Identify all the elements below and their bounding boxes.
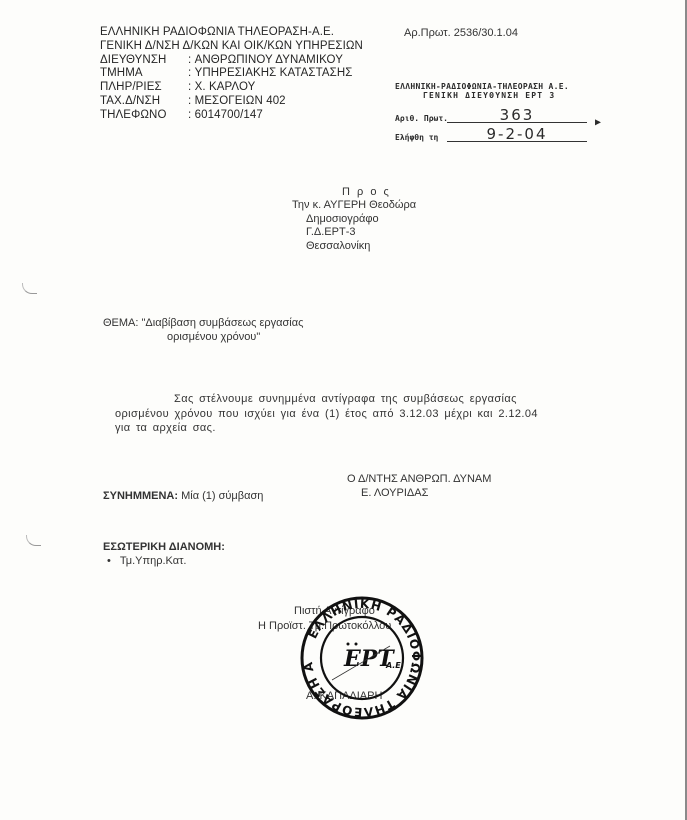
division-name: ΓΕΝΙΚΗ Δ/ΝΣΗ Δ/ΚΩΝ ΚΑΙ ΟΙΚ/ΚΩΝ ΥΠΗΡΕΣΙΩΝ [100, 40, 363, 54]
official-seal: ΕΛΛΗΝΙΚΗ ΡΑΔΙΟΦΩΝΙΑ ΤΗΛΕΟΡΑΣΗ Α.Ε. • ΕΡΤ… [300, 596, 424, 720]
distribution-heading: ΕΣΩΤΕΡΙΚΗ ΔΙΑΝΟΜΗ: [103, 540, 225, 554]
attachments-label: ΣΥΝΗΜΜΕΝΑ: [103, 490, 178, 502]
attachments-value: Μία (1) σύμβαση [181, 490, 263, 502]
recipient-heading: Π ρ ο ς [292, 186, 416, 199]
organization-name: ΕΛΛΗΝΙΚΗ ΡΑΔΙΟΦΩΝΙΑ ΤΗΛΕΟΡΑΣΗ-Α.Ε. [100, 26, 363, 40]
recipient-unit: Γ.Δ.ΕΡΤ-3 [292, 226, 416, 239]
subject-line-2: ορισμένου χρόνου" [103, 330, 303, 344]
body-line-2: ορισμένου χρόνου που ισχύει για ένα (1) … [115, 407, 538, 422]
header-field-contact: ΠΛΗΡ/ΡΙΕΣ : Χ. ΚΑΡΛΟΥ [100, 81, 363, 95]
scan-edge-line [685, 0, 687, 820]
distribution-item: • Τμ.Υπηρ.Κατ. [103, 554, 225, 568]
receipt-date-value: 9-2-04 [447, 127, 587, 142]
subject-line-1: "Διαβίβαση συμβάσεως εργασίας [142, 317, 304, 329]
recipient-title: Δημοσιογράφο [292, 213, 416, 226]
receipt-date-row: Ελήφθη τη 9-2-04 [395, 127, 587, 142]
internal-distribution: ΕΣΩΤΕΡΙΚΗ ΔΙΑΝΟΜΗ: • Τμ.Υπηρ.Κατ. [103, 540, 225, 568]
letter-body: Σας στέλνουμε συνημμένα αντίγραφα της συ… [115, 392, 538, 436]
bullet-icon: • [107, 555, 111, 567]
subject-block: ΘΕΜΑ: "Διαβίβαση συμβάσεως εργασίας ορισ… [103, 316, 303, 344]
recipient-city: Θεσσαλονίκη [292, 240, 416, 253]
subject-label: ΘΕΜΑ: [103, 317, 138, 329]
signatory-name: Ε. ΛΟΥΡΙΔΑΣ [347, 487, 491, 501]
protocol-number: Αρ.Πρωτ. 2536/30.1.04 [404, 27, 518, 39]
body-line-1: Σας στέλνουμε συνημμένα αντίγραφα της συ… [115, 392, 538, 407]
signature-block: Ο Δ/ΝΤΗΣ ΑΝΘΡΩΠ. ΔΥΝΑΜ Ε. ΛΟΥΡΙΔΑΣ [347, 473, 491, 500]
receipt-stamp-org: ΕΛΛΗΝΙΚΗ-ΡΑΔΙΟΦΩΝΙΑ-ΤΗΛΕΟΡΑΣΗ Α.Ε. [395, 82, 587, 91]
header-field-directorate: ΔΙΕΥΘΥΝΣΗ : ΑΝΘΡΩΠΙΝΟΥ ΔΥΝΑΜΙΚΟΥ [100, 54, 363, 68]
receipt-protocol-value: 363 [447, 108, 587, 123]
header-field-department: ΤΜΗΜΑ : ΥΠΗΡΕΣΙΑΚΗΣ ΚΑΤΑΣΤΑΣΗΣ [100, 67, 363, 81]
punch-hole-mark [26, 535, 41, 546]
letterhead: ΕΛΛΗΝΙΚΗ ΡΑΔΙΟΦΩΝΙΑ ΤΗΛΕΟΡΑΣΗ-Α.Ε. ΓΕΝΙΚ… [100, 26, 363, 123]
body-line-3: για τα αρχεία σας. [115, 421, 538, 436]
svg-text:Α.Ε.: Α.Ε. [385, 661, 404, 670]
punch-hole-mark [22, 283, 37, 294]
header-field-address: ΤΑΧ.Δ/ΝΣΗ : ΜΕΣΟΓΕΙΩΝ 402 [100, 95, 363, 109]
header-field-phone: ΤΗΛΕΦΩΝΟ : 6014700/147 [100, 109, 363, 123]
recipient-block: Π ρ ο ς Την κ. ΑΥΓΕΡΗ Θεοδώρα Δημοσιογρά… [292, 186, 416, 253]
receipt-stamp: ΕΛΛΗΝΙΚΗ-ΡΑΔΙΟΦΩΝΙΑ-ΤΗΛΕΟΡΑΣΗ Α.Ε. ΓΕΝΙΚ… [395, 82, 587, 142]
signatory-title: Ο Δ/ΝΤΗΣ ΑΝΘΡΩΠ. ΔΥΝΑΜ [347, 473, 491, 487]
receipt-stamp-division: ΓΕΝΙΚΗ ΔΙΕΥΘΥΝΣΗ ΕΡΤ 3 [395, 91, 587, 100]
recipient-name: Την κ. ΑΥΓΕΡΗ Θεοδώρα [292, 199, 416, 212]
receipt-protocol-row: Αριθ. Πρωτ. 363 ▶ [395, 108, 587, 123]
attachments-line: ΣΥΝΗΜΜΕΝΑ: Μία (1) σύμβαση [103, 490, 263, 504]
ert-seal-icon: ΕΛΛΗΝΙΚΗ ΡΑΔΙΟΦΩΝΙΑ ΤΗΛΕΟΡΑΣΗ Α.Ε. • ΕΡΤ… [300, 596, 424, 720]
arrow-right-icon: ▶ [595, 117, 601, 128]
